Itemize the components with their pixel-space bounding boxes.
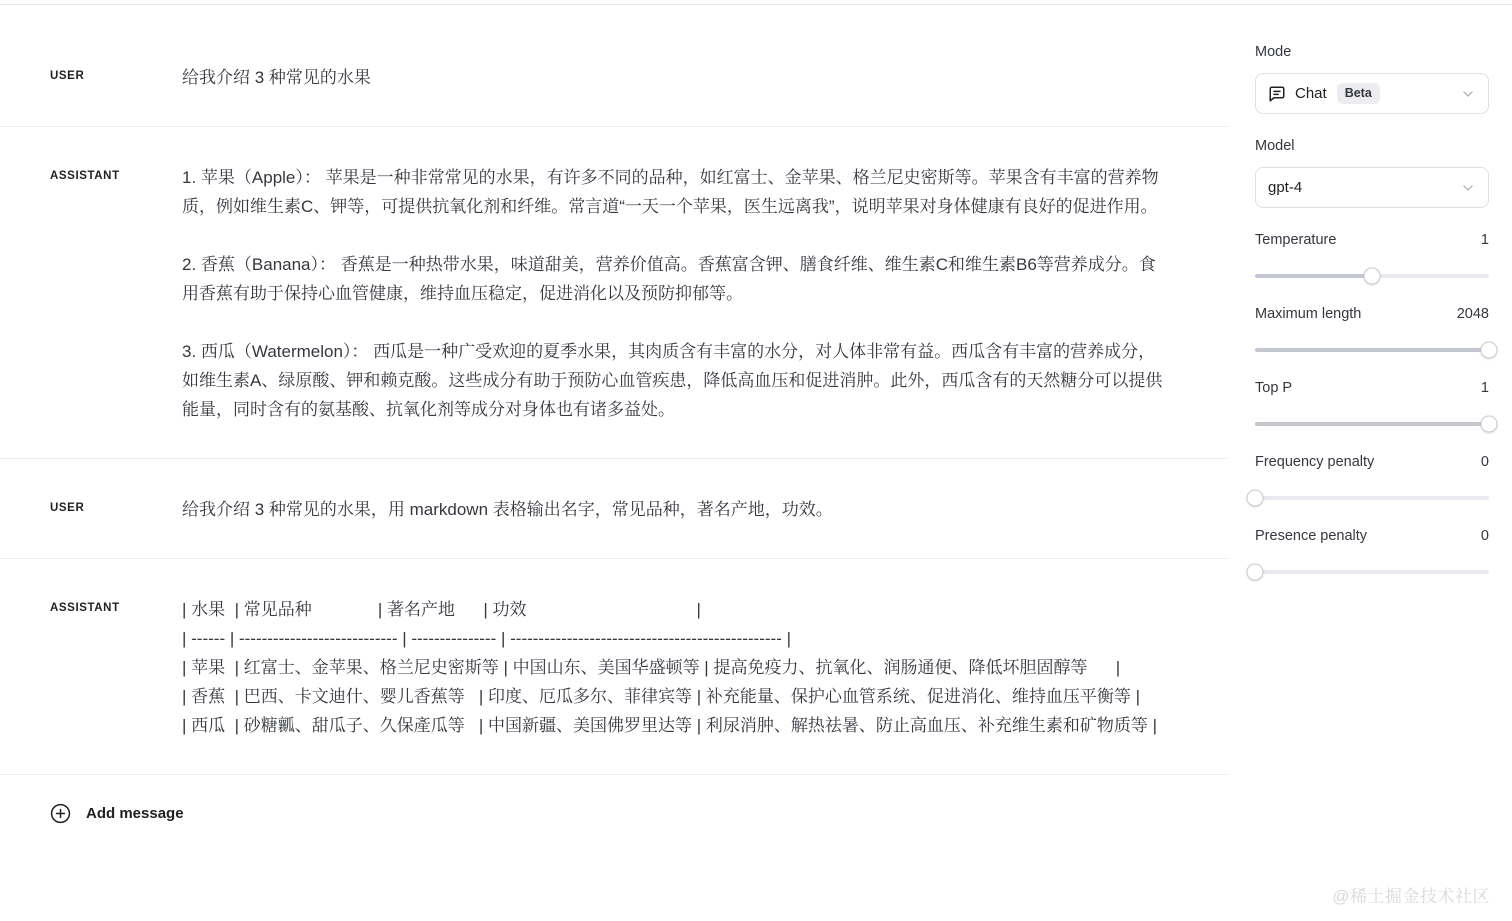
frequency-penalty-slider-group: Frequency penalty 0 — [1255, 454, 1489, 507]
presence-penalty-value[interactable]: 0 — [1481, 528, 1489, 544]
message-row-user-2: USER 给我介绍 3 种常见的水果，用 markdown 表格输出名字，常见品… — [0, 459, 1228, 559]
slider-thumb[interactable] — [1481, 342, 1498, 359]
presence-penalty-slider[interactable] — [1255, 563, 1489, 581]
top-p-slider[interactable] — [1255, 415, 1489, 433]
message-row-assistant-2: ASSISTANT | 水果 | 常见品种 | 著名产地 | 功效 | | --… — [0, 559, 1228, 775]
presence-penalty-label: Presence penalty — [1255, 528, 1367, 544]
role-label[interactable]: USER — [50, 495, 182, 524]
table-line: | 西瓜 | 砂糖瓤、甜瓜子、久保產瓜等 | 中国新疆、美国佛罗里达等 | 利尿… — [182, 711, 1164, 740]
message-paragraph: 1. 苹果（Apple）： 苹果是一种非常常见的水果，有许多不同的品种，如红富士… — [182, 163, 1164, 221]
model-label: Model — [1255, 138, 1489, 154]
top-p-label: Top P — [1255, 380, 1292, 396]
role-label[interactable]: USER — [50, 63, 182, 92]
message-text[interactable]: 1. 苹果（Apple）： 苹果是一种非常常见的水果，有许多不同的品种，如红富士… — [182, 163, 1164, 424]
role-label[interactable]: ASSISTANT — [50, 595, 182, 740]
message-paragraph: 给我介绍 3 种常见的水果，用 markdown 表格输出名字，常见品种，著名产… — [182, 495, 1164, 524]
temperature-slider[interactable] — [1255, 267, 1489, 285]
temperature-label: Temperature — [1255, 232, 1336, 248]
temperature-value[interactable]: 1 — [1481, 232, 1489, 248]
frequency-penalty-label: Frequency penalty — [1255, 454, 1374, 470]
message-text[interactable]: 给我介绍 3 种常见的水果，用 markdown 表格输出名字，常见品种，著名产… — [182, 495, 1164, 524]
message-text[interactable]: 给我介绍 3 种常见的水果 — [182, 63, 1164, 92]
add-message-button[interactable]: Add message — [0, 775, 1228, 824]
temperature-slider-group: Temperature 1 — [1255, 232, 1489, 285]
top-p-value[interactable]: 1 — [1481, 380, 1489, 396]
slider-thumb[interactable] — [1364, 268, 1381, 285]
presence-penalty-slider-group: Presence penalty 0 — [1255, 528, 1489, 581]
model-select[interactable]: gpt-4 — [1255, 167, 1489, 208]
mode-label: Mode — [1255, 44, 1489, 60]
chevron-down-icon — [1460, 180, 1476, 196]
role-label[interactable]: ASSISTANT — [50, 163, 182, 424]
slider-thumb[interactable] — [1247, 564, 1264, 581]
table-line: | ------ | ---------------------------- … — [182, 624, 1164, 653]
beta-badge: Beta — [1337, 83, 1380, 104]
frequency-penalty-slider[interactable] — [1255, 489, 1489, 507]
watermark: @稀土掘金技术社区 — [1332, 882, 1490, 907]
message-row-user-1: USER 给我介绍 3 种常见的水果 — [0, 5, 1228, 127]
table-line: | 香蕉 | 巴西、卡文迪什、婴儿香蕉等 | 印度、厄瓜多尔、菲律宾等 | 补充… — [182, 682, 1164, 711]
slider-thumb[interactable] — [1481, 416, 1498, 433]
top-p-slider-group: Top P 1 — [1255, 380, 1489, 433]
message-paragraph: 给我介绍 3 种常见的水果 — [182, 63, 1164, 92]
chat-bubble-icon — [1268, 85, 1286, 103]
maximum-length-label: Maximum length — [1255, 306, 1361, 322]
slider-thumb[interactable] — [1247, 490, 1264, 507]
mode-select[interactable]: Chat Beta — [1255, 73, 1489, 114]
model-value: gpt-4 — [1268, 179, 1302, 196]
mode-value: Chat — [1295, 85, 1327, 102]
table-line: | 水果 | 常见品种 | 著名产地 | 功效 | — [182, 595, 1164, 624]
message-paragraph: 2. 香蕉（Banana）： 香蕉是一种热带水果，味道甜美，营养价值高。香蕉富含… — [182, 250, 1164, 308]
conversation-panel: USER 给我介绍 3 种常见的水果 ASSISTANT 1. 苹果（Apple… — [0, 5, 1228, 824]
maximum-length-value[interactable]: 2048 — [1457, 306, 1489, 322]
table-line: | 苹果 | 红富士、金苹果、格兰尼史密斯等 | 中国山东、美国华盛顿等 | 提… — [182, 653, 1164, 682]
message-row-assistant-1: ASSISTANT 1. 苹果（Apple）： 苹果是一种非常常见的水果，有许多… — [0, 127, 1228, 459]
settings-sidebar: Mode Chat Beta Model gpt-4 — [1255, 5, 1489, 602]
maximum-length-slider-group: Maximum length 2048 — [1255, 306, 1489, 359]
maximum-length-slider[interactable] — [1255, 341, 1489, 359]
chevron-down-icon — [1460, 86, 1476, 102]
message-text-markdown-table[interactable]: | 水果 | 常见品种 | 著名产地 | 功效 | | ------ | ---… — [182, 595, 1164, 740]
plus-circle-icon — [50, 803, 71, 824]
add-message-label: Add message — [86, 805, 184, 822]
frequency-penalty-value[interactable]: 0 — [1481, 454, 1489, 470]
message-paragraph: 3. 西瓜（Watermelon）： 西瓜是一种广受欢迎的夏季水果，其肉质含有丰… — [182, 337, 1164, 424]
